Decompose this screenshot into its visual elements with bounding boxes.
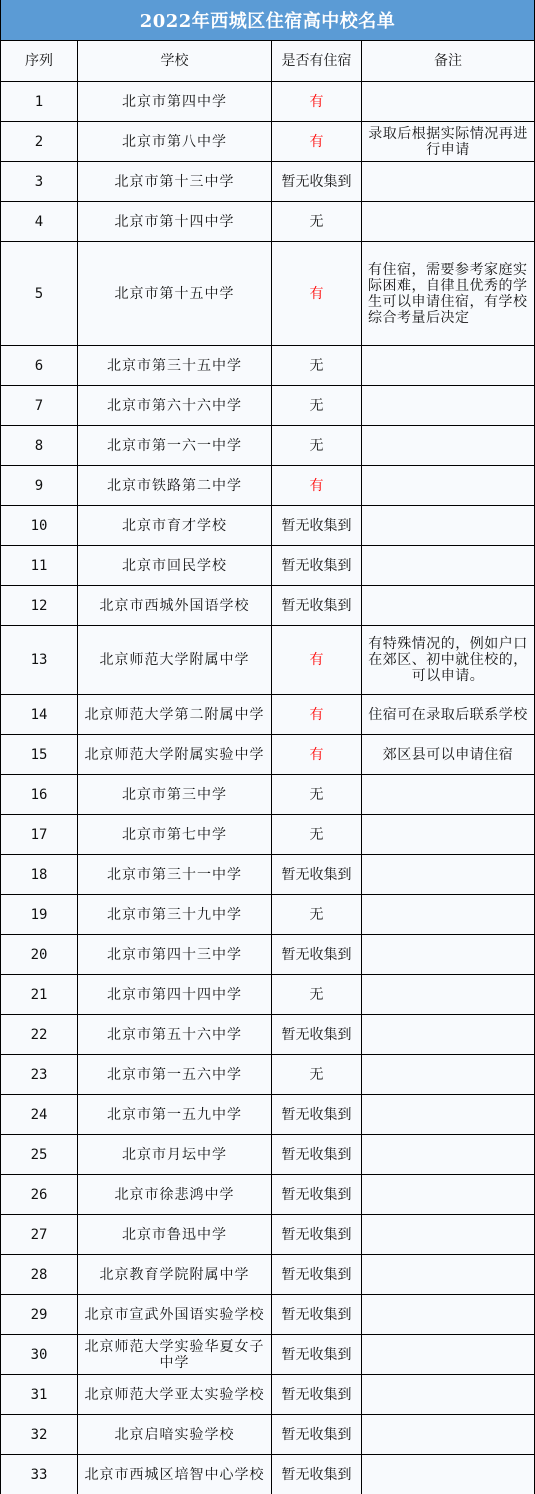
row-index: 1 — [1, 82, 78, 122]
table-row: 13北京师范大学附属中学有有特殊情况的，例如户口在郊区、初中就住校的，可以申请。 — [1, 626, 535, 695]
remark-cell — [362, 1335, 535, 1375]
row-index: 9 — [1, 466, 78, 506]
school-name: 北京市第十三中学 — [78, 162, 272, 202]
remark-cell — [362, 1415, 535, 1455]
boarding-status: 无 — [272, 346, 362, 386]
row-index: 15 — [1, 735, 78, 775]
row-index: 12 — [1, 586, 78, 626]
boarding-status: 有 — [272, 695, 362, 735]
boarding-status: 暂无收集到 — [272, 1375, 362, 1415]
table-row: 27北京市鲁迅中学暂无收集到 — [1, 1215, 535, 1255]
remark-cell: 住宿可在录取后联系学校 — [362, 695, 535, 735]
row-index: 18 — [1, 855, 78, 895]
row-index: 22 — [1, 1015, 78, 1055]
boarding-status: 暂无收集到 — [272, 546, 362, 586]
table-row: 29北京市宣武外国语实验学校暂无收集到 — [1, 1295, 535, 1335]
table-row: 24北京市第一五九中学暂无收集到 — [1, 1095, 535, 1135]
boarding-status: 有 — [272, 735, 362, 775]
column-header-note: 备注 — [362, 41, 535, 82]
table-row: 33北京市西城区培智中心学校暂无收集到 — [1, 1455, 535, 1494]
header-row: 序列 学校 是否有住宿 备注 — [1, 41, 535, 82]
school-name: 北京市西城区培智中心学校 — [78, 1455, 272, 1494]
boarding-status: 暂无收集到 — [272, 1415, 362, 1455]
school-name: 北京市第一六一中学 — [78, 426, 272, 466]
row-index: 7 — [1, 386, 78, 426]
remark-cell — [362, 895, 535, 935]
row-index: 8 — [1, 426, 78, 466]
remark-cell — [362, 775, 535, 815]
remark-cell — [362, 935, 535, 975]
row-index: 2 — [1, 122, 78, 162]
table-row: 3北京市第十三中学暂无收集到 — [1, 162, 535, 202]
table-row: 8北京市第一六一中学无 — [1, 426, 535, 466]
table-row: 1北京市第四中学有 — [1, 82, 535, 122]
row-index: 30 — [1, 1335, 78, 1375]
remark-cell — [362, 1295, 535, 1335]
boarding-status: 暂无收集到 — [272, 506, 362, 546]
boarding-status: 有 — [272, 466, 362, 506]
remark-cell — [362, 975, 535, 1015]
table-row: 32北京启喑实验学校暂无收集到 — [1, 1415, 535, 1455]
school-name: 北京师范大学实验华夏女子中学 — [78, 1335, 272, 1375]
remark-cell — [362, 1095, 535, 1135]
remark-cell: 录取后根据实际情况再进行申请 — [362, 122, 535, 162]
remark-cell — [362, 202, 535, 242]
remark-cell — [362, 162, 535, 202]
remark-cell — [362, 1375, 535, 1415]
school-name: 北京教育学院附属中学 — [78, 1255, 272, 1295]
table-row: 17北京市第七中学无 — [1, 815, 535, 855]
school-name: 北京市徐悲鸿中学 — [78, 1175, 272, 1215]
row-index: 3 — [1, 162, 78, 202]
table-row: 30北京师范大学实验华夏女子中学暂无收集到 — [1, 1335, 535, 1375]
row-index: 19 — [1, 895, 78, 935]
boarding-status: 暂无收集到 — [272, 1095, 362, 1135]
table-row: 9北京市铁路第二中学有 — [1, 466, 535, 506]
table-row: 22北京市第五十六中学暂无收集到 — [1, 1015, 535, 1055]
remark-cell — [362, 586, 535, 626]
school-name: 北京市第十四中学 — [78, 202, 272, 242]
row-index: 29 — [1, 1295, 78, 1335]
remark-cell — [362, 815, 535, 855]
row-index: 31 — [1, 1375, 78, 1415]
remark-cell — [362, 426, 535, 466]
column-header-boarding: 是否有住宿 — [272, 41, 362, 82]
table-row: 26北京市徐悲鸿中学暂无收集到 — [1, 1175, 535, 1215]
table-row: 23北京市第一五六中学无 — [1, 1055, 535, 1095]
column-header-index: 序列 — [1, 41, 78, 82]
school-name: 北京市西城外国语学校 — [78, 586, 272, 626]
row-index: 16 — [1, 775, 78, 815]
boarding-status: 有 — [272, 122, 362, 162]
boarding-status: 无 — [272, 975, 362, 1015]
row-index: 24 — [1, 1095, 78, 1135]
remark-cell — [362, 855, 535, 895]
boarding-status: 有 — [272, 626, 362, 695]
school-name: 北京市第四中学 — [78, 82, 272, 122]
school-name: 北京市第四十四中学 — [78, 975, 272, 1015]
school-name: 北京师范大学亚太实验学校 — [78, 1375, 272, 1415]
boarding-status: 暂无收集到 — [272, 1295, 362, 1335]
school-name: 北京市第一五九中学 — [78, 1095, 272, 1135]
table-row: 7北京市第六十六中学无 — [1, 386, 535, 426]
remark-cell: 郊区县可以申请住宿 — [362, 735, 535, 775]
table-row: 12北京市西城外国语学校暂无收集到 — [1, 586, 535, 626]
school-name: 北京市宣武外国语实验学校 — [78, 1295, 272, 1335]
table-row: 31北京师范大学亚太实验学校暂无收集到 — [1, 1375, 535, 1415]
boarding-status: 暂无收集到 — [272, 162, 362, 202]
boarding-status: 无 — [272, 815, 362, 855]
boarding-status: 有 — [272, 82, 362, 122]
row-index: 11 — [1, 546, 78, 586]
remark-cell — [362, 1135, 535, 1175]
school-name: 北京市月坛中学 — [78, 1135, 272, 1175]
boarding-status: 暂无收集到 — [272, 1335, 362, 1375]
school-name: 北京市第七中学 — [78, 815, 272, 855]
boarding-status: 暂无收集到 — [272, 1135, 362, 1175]
boarding-status: 暂无收集到 — [272, 586, 362, 626]
school-name: 北京市第三十五中学 — [78, 346, 272, 386]
school-name: 北京启喑实验学校 — [78, 1415, 272, 1455]
remark-cell — [362, 546, 535, 586]
school-name: 北京市第八中学 — [78, 122, 272, 162]
row-index: 14 — [1, 695, 78, 735]
table-row: 28北京教育学院附属中学暂无收集到 — [1, 1255, 535, 1295]
boarding-status: 无 — [272, 426, 362, 466]
row-index: 5 — [1, 242, 78, 346]
school-table: 序列 学校 是否有住宿 备注 1北京市第四中学有2北京市第八中学有录取后根据实际… — [0, 40, 535, 1494]
school-name: 北京市第三十九中学 — [78, 895, 272, 935]
school-name: 北京市第三中学 — [78, 775, 272, 815]
school-name: 北京市鲁迅中学 — [78, 1215, 272, 1255]
table-row: 20北京市第四十三中学暂无收集到 — [1, 935, 535, 975]
table-row: 18北京市第三十一中学暂无收集到 — [1, 855, 535, 895]
boarding-status: 暂无收集到 — [272, 1255, 362, 1295]
spreadsheet: 2022年西城区住宿高中校名单 序列 学校 是否有住宿 备注 1北京市第四中学有… — [0, 0, 535, 1494]
row-index: 26 — [1, 1175, 78, 1215]
row-index: 17 — [1, 815, 78, 855]
remark-cell: 有特殊情况的，例如户口在郊区、初中就住校的，可以申请。 — [362, 626, 535, 695]
boarding-status: 暂无收集到 — [272, 855, 362, 895]
school-name: 北京师范大学附属中学 — [78, 626, 272, 695]
row-index: 28 — [1, 1255, 78, 1295]
table-row: 15北京师范大学附属实验中学有郊区县可以申请住宿 — [1, 735, 535, 775]
table-row: 5北京市第十五中学有有住宿，需要参考家庭实际困难，自律且优秀的学生可以申请住宿，… — [1, 242, 535, 346]
school-name: 北京市回民学校 — [78, 546, 272, 586]
row-index: 25 — [1, 1135, 78, 1175]
row-index: 13 — [1, 626, 78, 695]
column-header-school: 学校 — [78, 41, 272, 82]
remark-cell — [362, 1015, 535, 1055]
boarding-status: 暂无收集到 — [272, 935, 362, 975]
row-index: 33 — [1, 1455, 78, 1494]
school-name: 北京市铁路第二中学 — [78, 466, 272, 506]
row-index: 6 — [1, 346, 78, 386]
row-index: 10 — [1, 506, 78, 546]
table-title: 2022年西城区住宿高中校名单 — [0, 0, 535, 40]
row-index: 23 — [1, 1055, 78, 1095]
boarding-status: 无 — [272, 775, 362, 815]
school-name: 北京市第十五中学 — [78, 242, 272, 346]
remark-cell — [362, 1055, 535, 1095]
school-name: 北京市第四十三中学 — [78, 935, 272, 975]
table-row: 16北京市第三中学无 — [1, 775, 535, 815]
school-name: 北京市第一五六中学 — [78, 1055, 272, 1095]
boarding-status: 无 — [272, 1055, 362, 1095]
table-row: 19北京市第三十九中学无 — [1, 895, 535, 935]
boarding-status: 无 — [272, 202, 362, 242]
school-name: 北京师范大学第二附属中学 — [78, 695, 272, 735]
table-row: 14北京师范大学第二附属中学有住宿可在录取后联系学校 — [1, 695, 535, 735]
table-row: 4北京市第十四中学无 — [1, 202, 535, 242]
table-row: 2北京市第八中学有录取后根据实际情况再进行申请 — [1, 122, 535, 162]
boarding-status: 暂无收集到 — [272, 1015, 362, 1055]
remark-cell — [362, 1215, 535, 1255]
row-index: 27 — [1, 1215, 78, 1255]
table-row: 11北京市回民学校暂无收集到 — [1, 546, 535, 586]
row-index: 20 — [1, 935, 78, 975]
boarding-status: 暂无收集到 — [272, 1215, 362, 1255]
remark-cell: 有住宿，需要参考家庭实际困难，自律且优秀的学生可以申请住宿，有学校综合考量后决定 — [362, 242, 535, 346]
boarding-status: 暂无收集到 — [272, 1455, 362, 1494]
school-name: 北京师范大学附属实验中学 — [78, 735, 272, 775]
school-name: 北京市第六十六中学 — [78, 386, 272, 426]
boarding-status: 无 — [272, 386, 362, 426]
remark-cell — [362, 1455, 535, 1494]
remark-cell — [362, 386, 535, 426]
remark-cell — [362, 466, 535, 506]
table-row: 21北京市第四十四中学无 — [1, 975, 535, 1015]
remark-cell — [362, 1175, 535, 1215]
row-index: 21 — [1, 975, 78, 1015]
table-row: 6北京市第三十五中学无 — [1, 346, 535, 386]
row-index: 32 — [1, 1415, 78, 1455]
boarding-status: 暂无收集到 — [272, 1175, 362, 1215]
remark-cell — [362, 82, 535, 122]
boarding-status: 无 — [272, 895, 362, 935]
school-name: 北京市第三十一中学 — [78, 855, 272, 895]
boarding-status: 有 — [272, 242, 362, 346]
remark-cell — [362, 1255, 535, 1295]
school-name: 北京市育才学校 — [78, 506, 272, 546]
row-index: 4 — [1, 202, 78, 242]
table-row: 10北京市育才学校暂无收集到 — [1, 506, 535, 546]
remark-cell — [362, 346, 535, 386]
table-row: 25北京市月坛中学暂无收集到 — [1, 1135, 535, 1175]
school-name: 北京市第五十六中学 — [78, 1015, 272, 1055]
remark-cell — [362, 506, 535, 546]
